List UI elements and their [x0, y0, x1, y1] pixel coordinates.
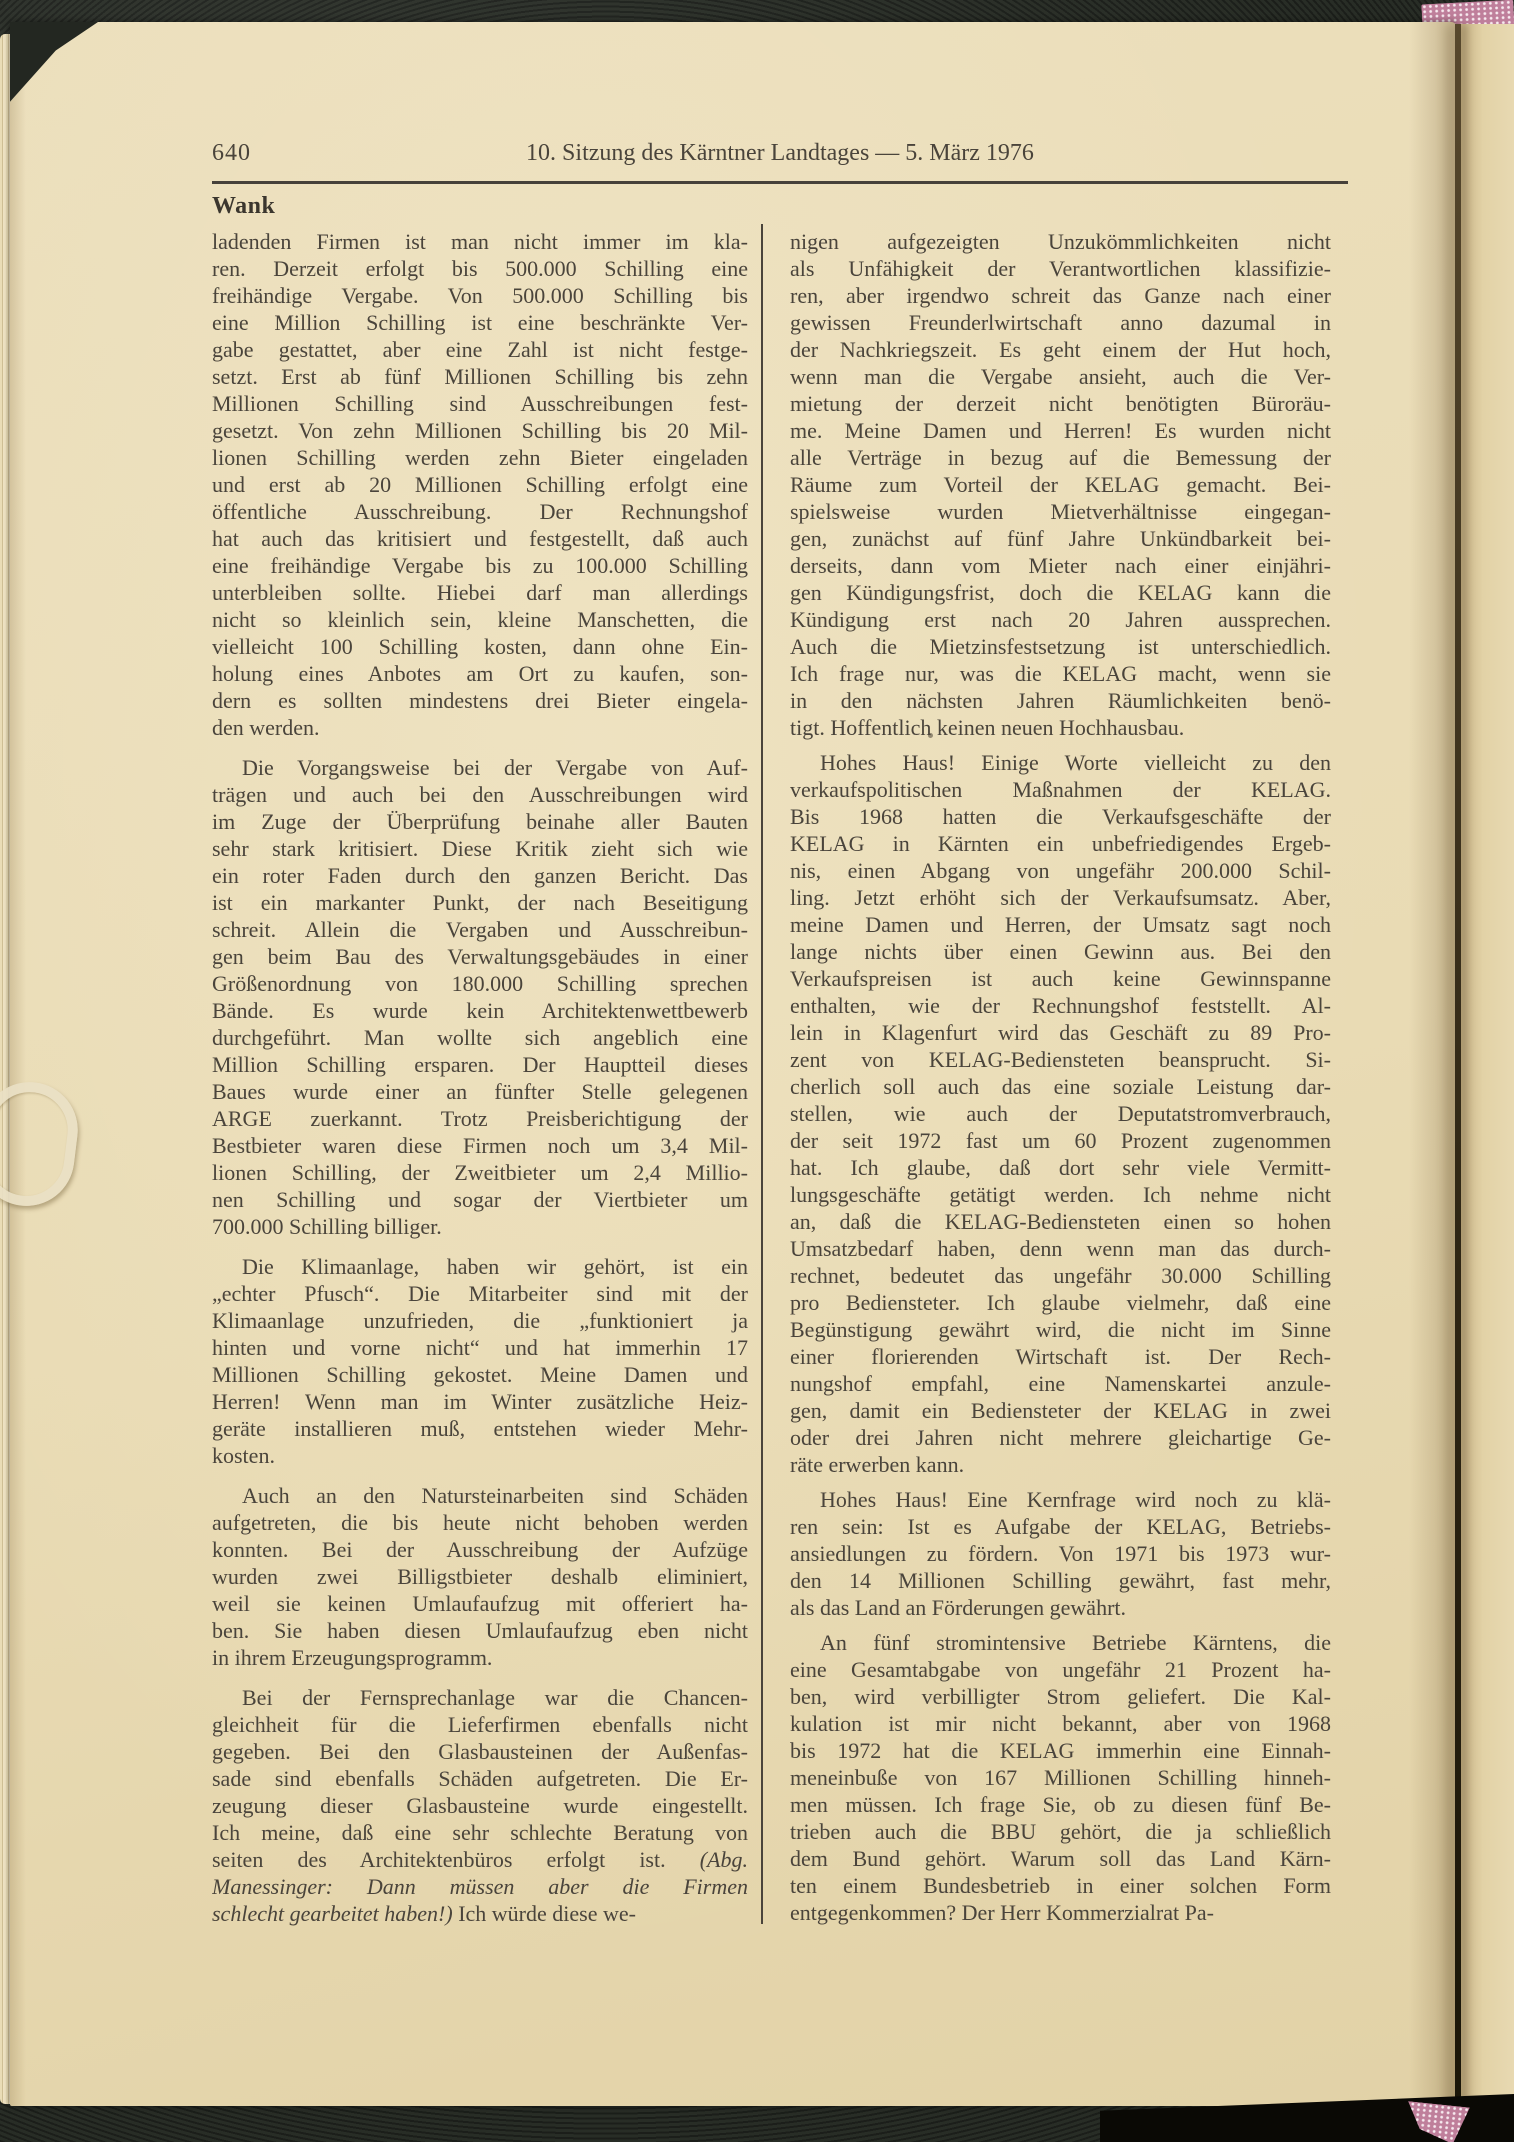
text-line: spielsweise wurden Mietverhältnisse eing… — [790, 498, 1331, 525]
text-line: Hohes Haus! Einige Worte vielleicht zu d… — [790, 749, 1331, 776]
text-line: kosten. — [212, 1442, 748, 1469]
text-line: entgegenkommen? Der Herr Kommerzialrat P… — [790, 1899, 1331, 1926]
paragraph: Bei der Fernsprechanlage war die Chancen… — [212, 1684, 748, 1927]
italic-interjection: (Abg. — [700, 1847, 748, 1872]
text-line: ladenden Firmen ist man nicht immer im k… — [212, 228, 748, 255]
italic-interjection: schlecht gearbeitet haben!) — [212, 1901, 453, 1926]
text-line: ben. Sie haben diesen Umlaufaufzug eben … — [212, 1617, 748, 1644]
text-line: Klimaanlage unzufrieden, die „funktionie… — [212, 1307, 748, 1334]
paragraph: Auch an den Natursteinarbeiten sind Schä… — [212, 1482, 748, 1671]
text-line: in den nächsten Jahren Räumlichkeiten be… — [790, 687, 1331, 714]
text-column-right: nigen aufgezeigten Unzukömmlichkeiten ni… — [790, 228, 1331, 1926]
text-line: trägen und auch bei den Ausschreibungen … — [212, 781, 748, 808]
italic-interjection: Manessinger: Dann müssen aber die Firmen — [212, 1874, 748, 1899]
text-line: nigen aufgezeigten Unzukömmlichkeiten ni… — [790, 228, 1331, 255]
text-line: an, daß die KELAG-Bediensteten einen so … — [790, 1208, 1331, 1235]
text-line: hinten und vorne nicht“ und hat immerhin… — [212, 1334, 748, 1361]
text-line: sehr stark kritisiert. Diese Kritik zieh… — [212, 835, 748, 862]
text-line: gabe gestattet, aber eine Zahl ist nicht… — [212, 336, 748, 363]
header-rule — [212, 181, 1348, 184]
text-line: nis, einen Abgang von ungefähr 200.000 S… — [790, 857, 1331, 884]
text-line: lionen Schilling werden zehn Bieter eing… — [212, 444, 748, 471]
text-line: lungsgeschäfte getätigt werden. Ich nehm… — [790, 1181, 1331, 1208]
text-line: An fünf stromintensive Betriebe Kärntens… — [790, 1629, 1331, 1656]
text-line: ben, wird verbilligter Strom geliefert. … — [790, 1683, 1331, 1710]
paragraph: Die Vorgangsweise bei der Vergabe von Au… — [212, 754, 748, 1240]
text-line: gen beim Bau des Verwaltungsgebäudes in … — [212, 943, 748, 970]
text-line: ARGE zuerkannt. Trotz Preisberichtigung … — [212, 1105, 748, 1132]
text-line: dem Bund gehört. Warum soll das Land Kär… — [790, 1845, 1331, 1872]
paragraph: nigen aufgezeigten Unzukömmlichkeiten ni… — [790, 228, 1331, 741]
text-line: eine Gesamtabgabe von ungefähr 21 Prozen… — [790, 1656, 1331, 1683]
text-line: Räume zum Vorteil der KELAG gemacht. Bei… — [790, 471, 1331, 498]
text-line: öffentliche Ausschreibung. Der Rechnungs… — [212, 498, 748, 525]
text-line: Baues wurde einer an fünfter Stelle gele… — [212, 1078, 748, 1105]
paragraph: Die Klimaanlage, haben wir gehört, ist e… — [212, 1253, 748, 1469]
text-column-left: ladenden Firmen ist man nicht immer im k… — [212, 228, 748, 1927]
text-line: rechnet, bedeutet das ungefähr 30.000 Sc… — [790, 1262, 1331, 1289]
text-line: Umsatzbedarf haben, denn wenn man das du… — [790, 1235, 1331, 1262]
text-line: lein in Klagenfurt wird das Geschäft zu … — [790, 1019, 1331, 1046]
text-line: einer florierenden Wirtschaft ist. Der R… — [790, 1343, 1331, 1370]
text-line: weil sie keinen Umlaufaufzug mit offerie… — [212, 1590, 748, 1617]
text-line: KELAG in Kärnten ein unbefriedigendes Er… — [790, 830, 1331, 857]
text-line: Herren! Wenn man im Winter zusätzliche H… — [212, 1388, 748, 1415]
text-line: lionen Schilling, der Zweitbieter um 2,4… — [212, 1159, 748, 1186]
text-line: Million Schilling ersparen. Der Haupttei… — [212, 1051, 748, 1078]
text-line: eine freihändige Vergabe bis zu 100.000 … — [212, 552, 748, 579]
text-line: unterbleiben sollte. Hiebei darf man all… — [212, 579, 748, 606]
text-line: Hohes Haus! Eine Kernfrage wird noch zu … — [790, 1486, 1331, 1513]
text-line: zent von KELAG-Bediensteten beansprucht.… — [790, 1046, 1331, 1073]
text-line: gesetzt. Von zehn Millionen Schilling bi… — [212, 417, 748, 444]
text-line: meneinbuße von 167 Millionen Schilling h… — [790, 1764, 1331, 1791]
text-line: hat. Ich glaube, daß dort sehr viele Ver… — [790, 1154, 1331, 1181]
text-line: Verkaufspreisen ist auch keine Gewinnspa… — [790, 965, 1331, 992]
text-line: Bestbieter waren diese Firmen noch um 3,… — [212, 1132, 748, 1159]
text-line: gewissen Freunderlwirtschaft anno dazuma… — [790, 309, 1331, 336]
text-line: Die Vorgangsweise bei der Vergabe von Au… — [212, 754, 748, 781]
text-line: cherlich soll auch das eine soziale Leis… — [790, 1073, 1331, 1100]
text-line: ein roter Faden durch den ganzen Bericht… — [212, 862, 748, 889]
text-line: stellen, wie auch der Deputatstromverbra… — [790, 1100, 1331, 1127]
text-line: me. Meine Damen und Herren! Es wurden ni… — [790, 417, 1331, 444]
page-content: 640 10. Sitzung des Kärntner Landtages —… — [0, 0, 1514, 2142]
text-line: Größenordnung von 180.000 Schilling spre… — [212, 970, 748, 997]
text-line: schreit. Allein die Vergaben und Ausschr… — [212, 916, 748, 943]
paragraph: Hohes Haus! Einige Worte vielleicht zu d… — [790, 749, 1331, 1478]
speaker-name: Wank — [212, 193, 275, 220]
text-line: eine Million Schilling ist eine beschrän… — [212, 309, 748, 336]
text-line: den 14 Millionen Schilling gewährt, fast… — [790, 1567, 1331, 1594]
text-line: vielleicht 100 Schilling kosten, dann oh… — [212, 633, 748, 660]
text-line: Millionen Schilling sind Ausschreibungen… — [212, 390, 748, 417]
text-line: Bände. Es wurde kein Architektenwettbewe… — [212, 997, 748, 1024]
text-line: verkaufspolitischen Maßnahmen der KELAG. — [790, 776, 1331, 803]
text-line: ren. Derzeit erfolgt bis 500.000 Schilli… — [212, 255, 748, 282]
text-line: konnten. Bei der Ausschreibung der Aufzü… — [212, 1536, 748, 1563]
text-line: hat auch das kritisiert und festgestellt… — [212, 525, 748, 552]
text-line: ren, aber irgendwo schreit das Ganze nac… — [790, 282, 1331, 309]
text-line: nen Schilling und sogar der Viertbieter … — [212, 1186, 748, 1213]
text-line: bis 1972 hat die KELAG immerhin eine Ein… — [790, 1737, 1331, 1764]
text-line: als das Land an Förderungen gewährt. — [790, 1594, 1331, 1621]
text-line: ren sein: Ist es Aufgabe der KELAG, Betr… — [790, 1513, 1331, 1540]
text-line: dern es sollten mindestens drei Bieter e… — [212, 687, 748, 714]
text-line: Auch an den Natursteinarbeiten sind Schä… — [212, 1482, 748, 1509]
text-line: ist ein markanter Punkt, der nach Beseit… — [212, 889, 748, 916]
text-line: 700.000 Schilling billiger. — [212, 1213, 748, 1240]
session-header-title: 10. Sitzung des Kärntner Landtages — 5. … — [212, 140, 1348, 167]
paragraph: An fünf stromintensive Betriebe Kärntens… — [790, 1629, 1331, 1926]
text-line: derseits, dann vom Mieter nach einer ein… — [790, 552, 1331, 579]
text-line: ten einem Bundesbetrieb in einer solchen… — [790, 1872, 1331, 1899]
text-line: gen, damit ein Bediensteter der KELAG in… — [790, 1397, 1331, 1424]
text-line: sade sind ebenfalls Schäden aufgetreten.… — [212, 1765, 748, 1792]
text-line: der seit 1972 fast um 60 Prozent zugenom… — [790, 1127, 1331, 1154]
text-line: lange nichts über einen Gewinn aus. Bei … — [790, 938, 1331, 965]
text-line: enthalten, wie der Rechnungshof feststel… — [790, 992, 1331, 1019]
text-line: den werden. — [212, 714, 748, 741]
text-line: durchgeführt. Man wollte sich angeblich … — [212, 1024, 748, 1051]
text-line: der Nachkriegszeit. Es geht einem der Hu… — [790, 336, 1331, 363]
text-line: oder drei Jahren nicht mehrere gleichart… — [790, 1424, 1331, 1451]
text-line: in ihrem Erzeugungsprogramm. — [212, 1644, 748, 1671]
paragraph: Hohes Haus! Eine Kernfrage wird noch zu … — [790, 1486, 1331, 1621]
text-line: gleichheit für die Lieferfirmen ebenfall… — [212, 1711, 748, 1738]
text-line: schlecht gearbeitet haben!) Ich würde di… — [212, 1900, 748, 1927]
text-line: alle Verträge in bezug auf die Bemessung… — [790, 444, 1331, 471]
text-line: meine Damen und Herren, der Umsatz sagt … — [790, 911, 1331, 938]
text-line: freihändige Vergabe. Von 500.000 Schilli… — [212, 282, 748, 309]
text-line: Begünstigung gewährt wird, die nicht im … — [790, 1316, 1331, 1343]
text-line: mietung der derzeit nicht benötigten Bür… — [790, 390, 1331, 417]
text-line: Kündigung erst nach 20 Jahren ausspreche… — [790, 606, 1331, 633]
text-line: holung eines Anbotes am Ort zu kaufen, s… — [212, 660, 748, 687]
text-line: Ich frage nur, was die KELAG macht, wenn… — [790, 660, 1331, 687]
paragraph: ladenden Firmen ist man nicht immer im k… — [212, 228, 748, 741]
text-line: im Zuge der Überprüfung beinahe aller Ba… — [212, 808, 748, 835]
text-line: Manessinger: Dann müssen aber die Firmen — [212, 1873, 748, 1900]
text-line: men müssen. Ich frage Sie, ob zu diesen … — [790, 1791, 1331, 1818]
text-line: geräte installieren muß, entstehen wiede… — [212, 1415, 748, 1442]
text-line: gegeben. Bei den Glasbausteinen der Auße… — [212, 1738, 748, 1765]
text-line: Auch die Mietzinsfestsetzung ist untersc… — [790, 633, 1331, 660]
text-line: nungshof empfahl, eine Namenskartei anzu… — [790, 1370, 1331, 1397]
text-line: wenn man die Vergabe ansieht, auch die V… — [790, 363, 1331, 390]
text-line: gen Kündigungsfrist, doch die KELAG kann… — [790, 579, 1331, 606]
text-line: Die Klimaanlage, haben wir gehört, ist e… — [212, 1253, 748, 1280]
text-line: und erst ab 20 Millionen Schilling erfol… — [212, 471, 748, 498]
text-line: nicht so kleinlich sein, kleine Manschet… — [212, 606, 748, 633]
text-line: setzt. Erst ab fünf Millionen Schilling … — [212, 363, 748, 390]
text-line: wurden zwei Billigstbieter deshalb elimi… — [212, 1563, 748, 1590]
text-line: „echter Pfusch“. Die Mitarbeiter sind mi… — [212, 1280, 748, 1307]
text-line: Millionen Schilling gekostet. Meine Dame… — [212, 1361, 748, 1388]
text-line: ansiedlungen zu fördern. Von 1971 bis 19… — [790, 1540, 1331, 1567]
text-line: pro Bediensteter. Ich glaube vielmehr, d… — [790, 1289, 1331, 1316]
text-line: tigt. Hoffentlich keinen neuen Hochhausb… — [790, 714, 1331, 741]
text-line: gen, zunächst auf fünf Jahre Unkündbarke… — [790, 525, 1331, 552]
text-line: ling. Jetzt erhöht sich der Verkaufsumsa… — [790, 884, 1331, 911]
text-line: Ich meine, daß eine sehr schlechte Berat… — [212, 1819, 748, 1846]
text-line: Bei der Fernsprechanlage war die Chancen… — [212, 1684, 748, 1711]
text-line: kulation ist mir nicht bekannt, aber von… — [790, 1710, 1331, 1737]
column-divider — [761, 224, 763, 1924]
text-line: aufgetreten, die bis heute nicht behoben… — [212, 1509, 748, 1536]
text-line: räte erwerben kann. — [790, 1451, 1331, 1478]
text-line: zeugung dieser Glasbausteine wurde einge… — [212, 1792, 748, 1819]
text-line: seiten des Architektenbüros erfolgt ist.… — [212, 1846, 748, 1873]
text-line: trieben auch die BBU gehört, die ja schl… — [790, 1818, 1331, 1845]
text-line: als Unfähigkeit der Verantwortlichen kla… — [790, 255, 1331, 282]
text-line: Bis 1968 hatten die Verkaufsgeschäfte de… — [790, 803, 1331, 830]
